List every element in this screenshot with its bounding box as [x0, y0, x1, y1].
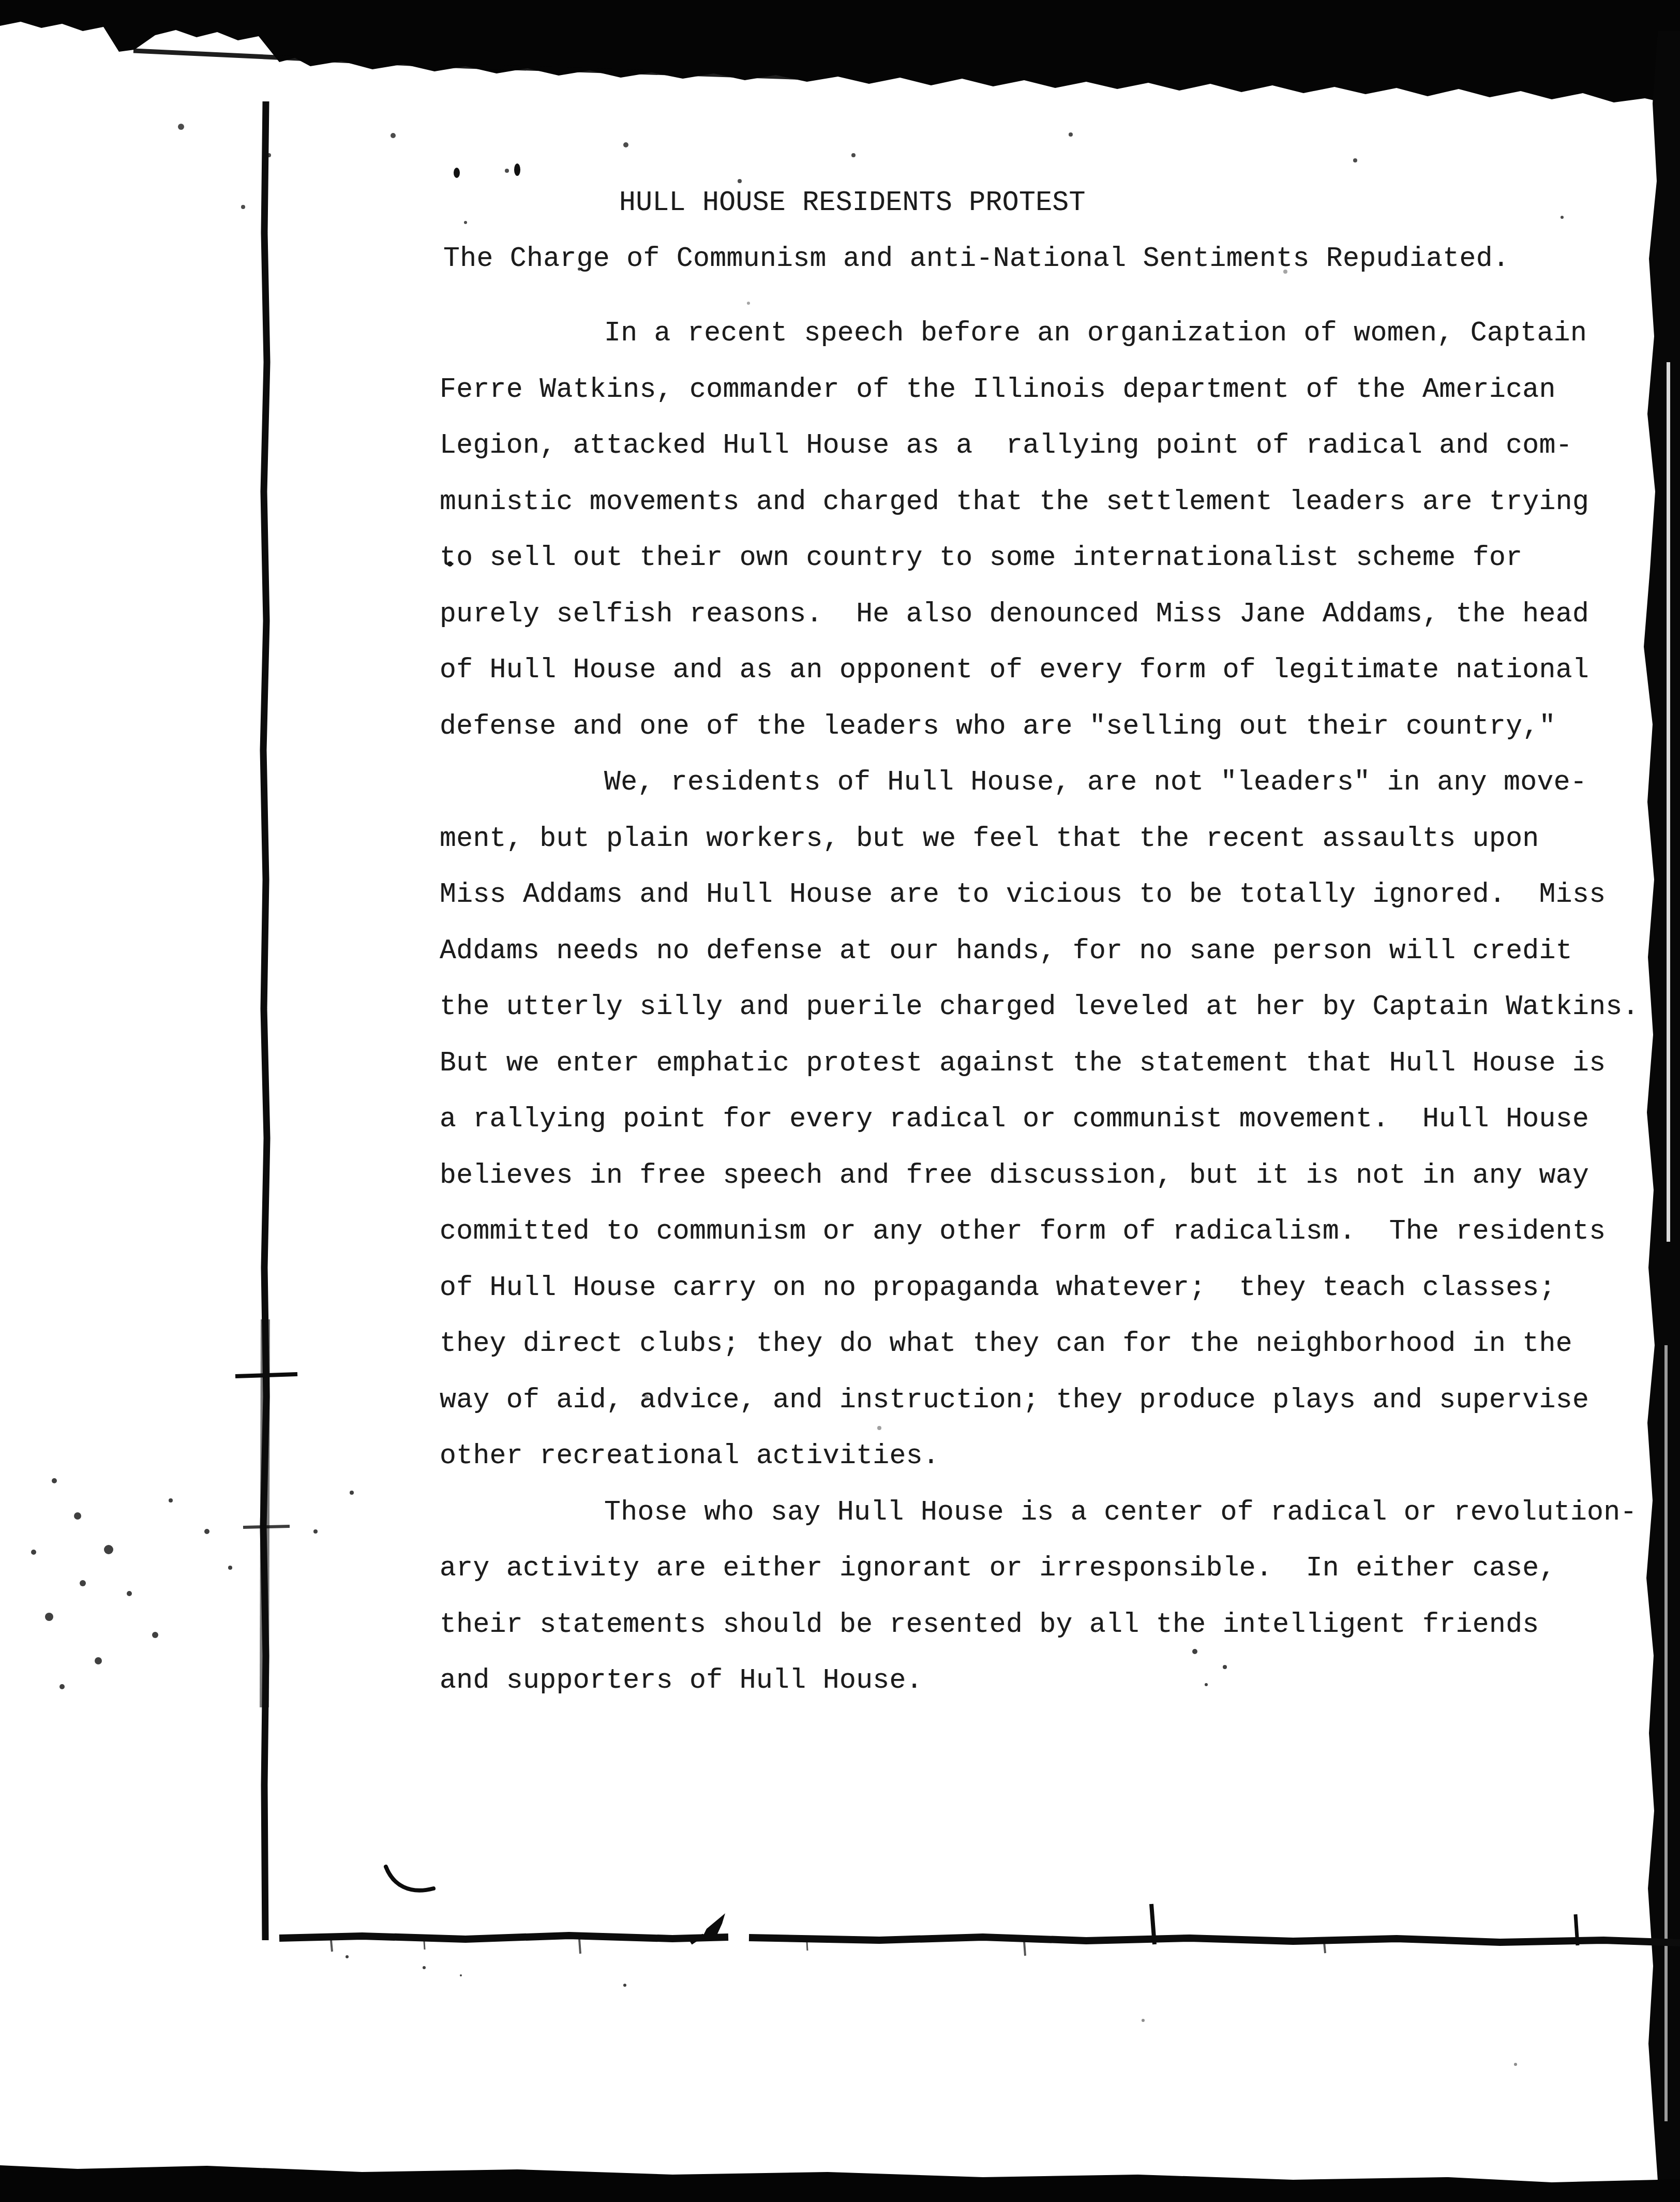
text-line: Those who say Hull House is a center of … — [440, 1496, 1637, 1529]
text-line: of Hull House and as an opponent of ever… — [440, 653, 1589, 687]
page-subtitle: The Charge of Communism and anti-Nationa… — [443, 242, 1509, 275]
text-line: In a recent speech before an organizatio… — [440, 317, 1587, 350]
text-line: Legion, attacked Hull House as a rallyin… — [440, 429, 1572, 462]
text-line: But we enter emphatic protest against th… — [440, 1047, 1606, 1080]
text-line: of Hull House carry on no propaganda wha… — [440, 1271, 1556, 1304]
text-line: a rallying point for every radical or co… — [440, 1103, 1589, 1136]
text-line: to sell out their own country to some in… — [440, 541, 1522, 574]
text-line: defense and one of the leaders who are "… — [440, 710, 1556, 743]
text-line: Ferre Watkins, commander of the Illinois… — [440, 373, 1556, 406]
scanned-document-page: HULL HOUSE RESIDENTS PROTEST The Charge … — [0, 0, 1680, 2202]
text-line: their statements should be resented by a… — [440, 1608, 1539, 1641]
text-line: way of aid, advice, and instruction; the… — [440, 1383, 1589, 1417]
page-title: HULL HOUSE RESIDENTS PROTEST — [619, 186, 1086, 219]
text-line: ment, but plain workers, but we feel tha… — [440, 822, 1539, 855]
text-line: We, residents of Hull House, are not "le… — [440, 766, 1587, 799]
text-line: Addams needs no defense at our hands, fo… — [440, 934, 1572, 968]
text-line: and supporters of Hull House. — [440, 1664, 923, 1697]
text-line: ary activity are either ignorant or irre… — [440, 1552, 1556, 1585]
text-line: committed to communism or any other form… — [440, 1215, 1606, 1248]
text-line: believes in free speech and free discuss… — [440, 1159, 1589, 1192]
text-line: other recreational activities. — [440, 1439, 939, 1472]
text-line: munistic movements and charged that the … — [440, 485, 1589, 518]
text-line: Miss Addams and Hull House are to viciou… — [440, 878, 1606, 911]
text-line: they direct clubs; they do what they can… — [440, 1327, 1572, 1360]
text-line: the utterly silly and puerile charged le… — [440, 990, 1639, 1023]
typewritten-text: HULL HOUSE RESIDENTS PROTEST The Charge … — [0, 0, 1680, 2202]
text-line: purely selfish reasons. He also denounce… — [440, 598, 1589, 631]
